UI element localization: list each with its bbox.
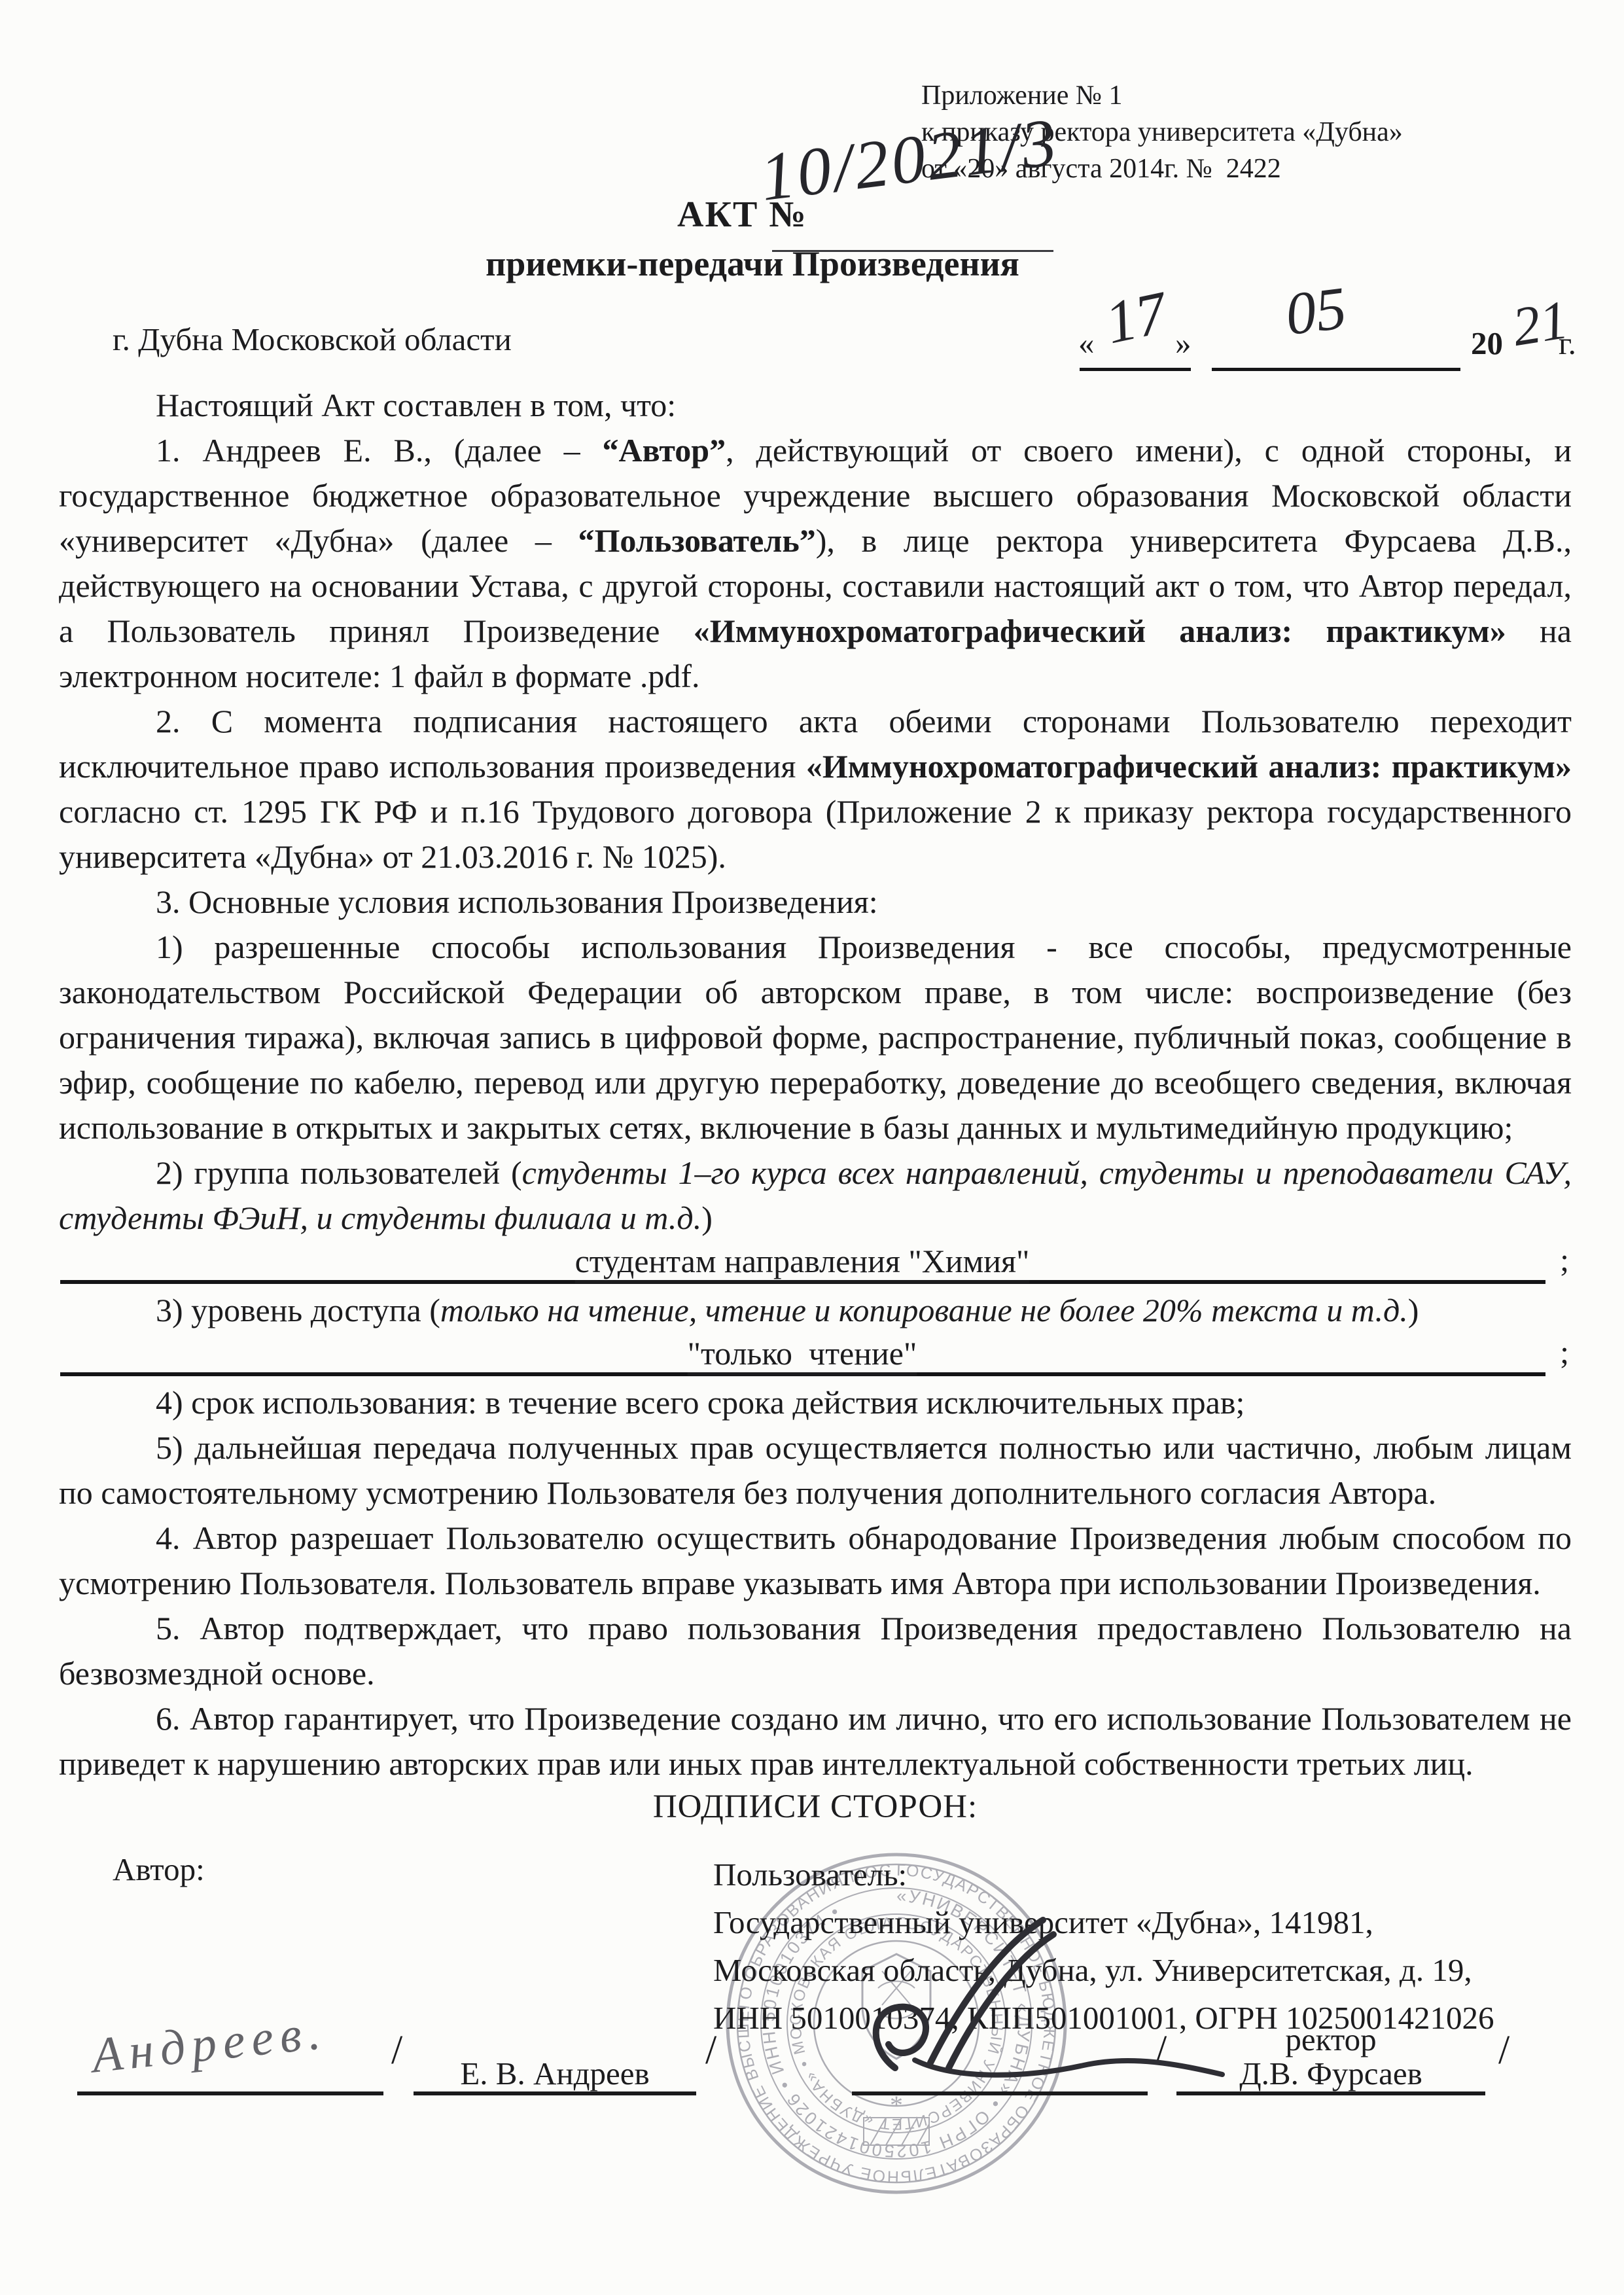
text-segment: «Иммунохроматографический анализ: практи… — [806, 748, 1572, 785]
fill-in-suffix: ; — [1560, 1241, 1569, 1279]
rector-handwritten-signature — [832, 1910, 1238, 2099]
text-segment: 4) срок использования: в течение всего с… — [156, 1384, 1244, 1421]
date-day-line — [1080, 368, 1191, 371]
document-body: Настоящий Акт составлен в том, что:1. Ан… — [59, 383, 1572, 1787]
fill-in-suffix: ; — [1560, 1333, 1569, 1371]
paragraph: 5. Автор подтверждает, что право пользов… — [59, 1606, 1572, 1696]
date-close-quote: » — [1175, 325, 1192, 362]
text-segment: только на чтение, чтение и копирование н… — [440, 1292, 1408, 1328]
author-name: Е. В. Андреев — [414, 2055, 696, 2092]
text-segment: 4. Автор разрешает Пользователю осуществ… — [59, 1520, 1572, 1601]
text-segment: 6. Автор гарантирует, что Произведение с… — [59, 1700, 1572, 1782]
text-segment: ) — [701, 1200, 713, 1236]
fill-in-text: студентам направления "Химия" — [59, 1242, 1545, 1280]
paragraph: 6. Автор гарантирует, что Произведение с… — [59, 1696, 1572, 1787]
text-segment: «Иммунохроматографический анализ: практи… — [694, 613, 1506, 649]
act-number-handwritten: 10/2021/3 — [756, 103, 1063, 217]
signatures-heading: ПОДПИСИ СТОРОН: — [59, 1788, 1572, 1826]
paragraph: 5) дальнейшая передача полученных прав о… — [59, 1425, 1572, 1516]
text-segment: 2) группа пользователей ( — [156, 1154, 522, 1191]
act-subtitle: приемки-передачи Произведения — [0, 243, 1505, 284]
text-segment: 1) разрешенные способы использования Про… — [59, 929, 1572, 1146]
date-year-suffix: г. — [1559, 325, 1576, 362]
fill-in-line: "только чтение"; — [59, 1333, 1572, 1380]
text-segment: 3. Основные условия использования Произв… — [156, 883, 878, 920]
text-segment: ) — [1408, 1292, 1419, 1328]
author-signature-line — [77, 2091, 383, 2095]
paragraph: 1) разрешенные способы использования Про… — [59, 925, 1572, 1150]
paragraph: 4) срок использования: в течение всего с… — [59, 1380, 1572, 1425]
text-segment: 1. Андреев Е. В., (далее – — [156, 432, 603, 469]
text-segment: “Автор” — [603, 432, 726, 469]
paragraph: 2) группа пользователей (студенты 1–го к… — [59, 1150, 1572, 1241]
author-label: Автор: — [113, 1851, 205, 1888]
author-name-line — [414, 2091, 696, 2095]
text-segment: согласно ст. 1295 ГК РФ и п.16 Трудового… — [59, 793, 1572, 875]
text-segment: 3) уровень доступа ( — [156, 1292, 440, 1328]
fill-in-line: студентам направления "Химия"; — [59, 1241, 1572, 1288]
paragraph: 3) уровень доступа (только на чтение, чт… — [59, 1288, 1572, 1333]
date-day-handwritten: 17 — [1099, 277, 1173, 358]
text-segment: 5. Автор подтверждает, что право пользов… — [59, 1610, 1572, 1692]
text-segment: “Пользователь” — [578, 522, 816, 559]
paragraph: 1. Андреев Е. В., (далее – “Автор”, дейс… — [59, 428, 1572, 699]
paragraph: 3. Основные условия использования Произв… — [59, 880, 1572, 925]
slash-separator: / — [1498, 2027, 1509, 2074]
paragraph: 2. С момента подписания настоящего акта … — [59, 699, 1572, 880]
document-page: Приложение № 1 к приказу ректора универс… — [0, 0, 1624, 2295]
paragraph: Настоящий Акт составлен в том, что: — [59, 383, 1572, 428]
user-label: Пользователь: — [713, 1851, 1494, 1898]
ruled-line — [60, 1280, 1545, 1284]
date-month-handwritten: 05 — [1282, 273, 1350, 349]
slash-separator: / — [705, 2027, 716, 2074]
paragraph: 4. Автор разрешает Пользователю осуществ… — [59, 1516, 1572, 1606]
text-segment: 5) дальнейшая передача полученных прав о… — [59, 1429, 1572, 1511]
fill-in-text: "только чтение" — [59, 1334, 1545, 1372]
date-month-line — [1212, 368, 1460, 371]
text-segment: Настоящий Акт составлен в том, что: — [156, 387, 676, 423]
author-handwritten-signature: Андреев. — [89, 2003, 329, 2084]
slash-separator: / — [391, 2027, 402, 2074]
place-line: г. Дубна Московской области — [113, 321, 512, 358]
appendix-line-1: Приложение № 1 — [921, 77, 1403, 114]
ruled-line — [60, 1372, 1545, 1376]
date-open-quote: « — [1078, 325, 1095, 362]
date-year-printed: 20 — [1471, 325, 1503, 362]
